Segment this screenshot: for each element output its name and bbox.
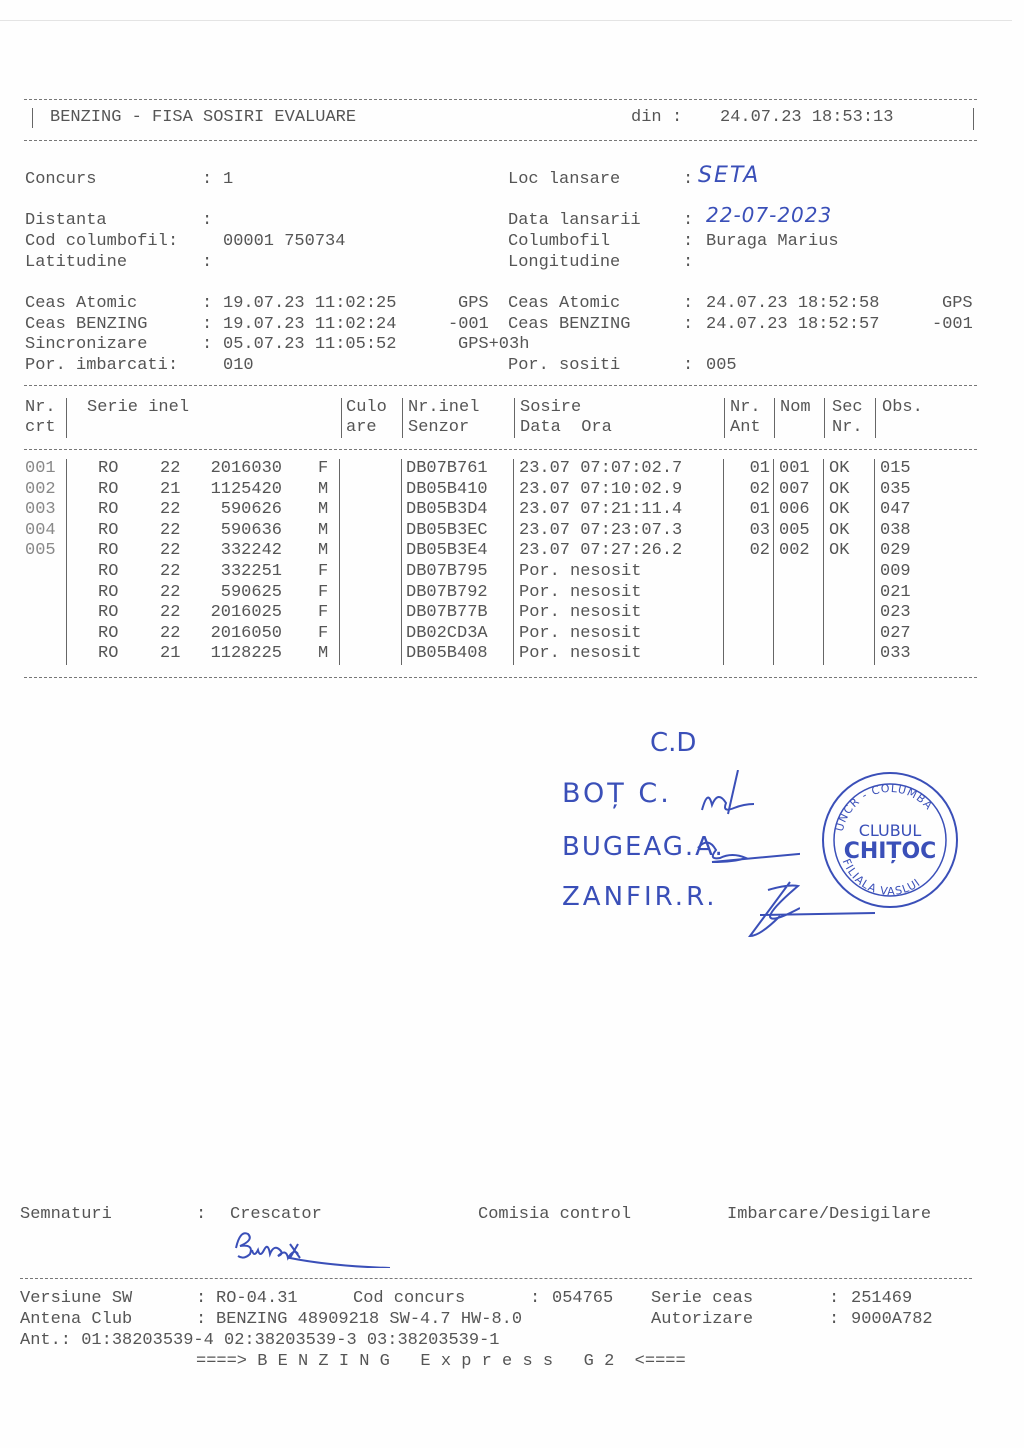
table-row: 005RO22332242MDB05B3E423.07 07:27:26.202… bbox=[0, 541, 1000, 562]
cell-sensor-id: DB05B410 bbox=[406, 480, 510, 501]
cell-antenna: 01 bbox=[728, 500, 770, 521]
cell-country: RO bbox=[98, 624, 128, 645]
cell-country: RO bbox=[98, 562, 128, 583]
cell-sex: M bbox=[318, 500, 332, 521]
cell-sensor-id: DB07B77B bbox=[406, 603, 510, 624]
cell-sec-nr: OK bbox=[829, 480, 871, 501]
sincronizare-label: Sincronizare bbox=[25, 335, 147, 356]
scan-edge-line bbox=[0, 20, 1012, 21]
table-top-divider bbox=[24, 385, 977, 386]
cell-year: 22 bbox=[160, 500, 186, 521]
cell-year: 21 bbox=[160, 644, 186, 665]
porumbei-imbarcati-label: Por. imbarcati bbox=[25, 356, 168, 377]
col-obs-header: Obs. bbox=[882, 398, 923, 419]
cell-country: RO bbox=[98, 480, 128, 501]
cell-sex: F bbox=[318, 624, 332, 645]
cod-columbofil-label: Cod columbofil bbox=[25, 232, 168, 253]
col-sosire-header: Sosire bbox=[520, 398, 581, 419]
data-lansarii-label: Data lansarii bbox=[508, 211, 641, 232]
serie-ceas-value: 251469 bbox=[851, 1289, 912, 1310]
cell-sec-nr: OK bbox=[829, 521, 871, 542]
versiune-sw-label: Versiune SW bbox=[20, 1289, 132, 1310]
cell-nr-crt: 001 bbox=[25, 459, 61, 480]
ceas-benzing-end-suffix: -001 bbox=[932, 315, 973, 336]
cell-nr-crt: 003 bbox=[25, 500, 61, 521]
table-row: RO22332251FDB07B795Por. nesosit009 bbox=[0, 562, 1000, 583]
cell-sec-nr: OK bbox=[829, 500, 871, 521]
table-row: 003RO22590626MDB05B3D423.07 07:21:11.401… bbox=[0, 500, 1000, 521]
cell-country: RO bbox=[98, 583, 128, 604]
col-serie-inel-header: Serie inel bbox=[87, 398, 189, 419]
table-row: RO222016050FDB02CD3APor. nesosit027 bbox=[0, 624, 1000, 645]
loc-lansare-label: Loc lansare bbox=[508, 170, 620, 191]
autorizare-value: 9000A782 bbox=[851, 1310, 933, 1331]
cell-ring-number: 590636 bbox=[190, 521, 282, 542]
concurs-label: Concurs bbox=[25, 170, 96, 191]
cell-ring-number: 1128225 bbox=[190, 644, 282, 665]
cell-arrival-time: 23.07 07:10:02.9 bbox=[519, 480, 719, 501]
longitudine-label: Longitudine bbox=[508, 253, 620, 274]
imbarcare-desigilare-label: Imbarcare/Desigilare bbox=[727, 1205, 931, 1226]
semnaturi-label: Semnaturi bbox=[20, 1205, 112, 1226]
cell-obs: 033 bbox=[880, 644, 922, 665]
cell-nr-crt: 005 bbox=[25, 541, 61, 562]
col-nom-header: Nom bbox=[780, 398, 811, 419]
ceas-atomic-end-label: Ceas Atomic bbox=[508, 294, 620, 315]
cell-sensor-id: DB07B792 bbox=[406, 583, 510, 604]
cell-year: 22 bbox=[160, 583, 186, 604]
col-nr-crt-header: Nr. bbox=[25, 398, 56, 419]
columbofil-value: Buraga Marius bbox=[706, 232, 839, 253]
cell-year: 22 bbox=[160, 624, 186, 645]
table-row: RO22590625FDB07B792Por. nesosit021 bbox=[0, 583, 1000, 604]
cell-obs: 023 bbox=[880, 603, 922, 624]
autorizare-label: Autorizare bbox=[651, 1310, 753, 1331]
cell-nom: 005 bbox=[779, 521, 821, 542]
cell-antenna: 02 bbox=[728, 480, 770, 501]
cell-sensor-id: DB07B795 bbox=[406, 562, 510, 583]
cell-ring-number: 2016050 bbox=[190, 624, 282, 645]
col-culoare-header: Culo bbox=[346, 398, 387, 419]
cell-antenna: 03 bbox=[728, 521, 770, 542]
cell-ring-number: 590625 bbox=[190, 583, 282, 604]
cell-country: RO bbox=[98, 603, 128, 624]
cell-ring-number: 2016025 bbox=[190, 603, 282, 624]
cell-ring-number: 332251 bbox=[190, 562, 282, 583]
cell-obs: 027 bbox=[880, 624, 922, 645]
report-datetime: 24.07.23 18:53:13 bbox=[720, 108, 893, 129]
table-row: 001RO222016030FDB07B76123.07 07:07:02.70… bbox=[0, 459, 1000, 480]
cell-obs: 029 bbox=[880, 541, 922, 562]
cell-year: 22 bbox=[160, 541, 186, 562]
cell-nr-crt: 002 bbox=[25, 480, 61, 501]
cell-country: RO bbox=[98, 644, 128, 665]
col-nr-inel-senzor-header: Nr.inel bbox=[408, 398, 479, 419]
table-row: RO211128225MDB05B408Por. nesosit033 bbox=[0, 644, 1000, 665]
cell-nom: 001 bbox=[779, 459, 821, 480]
brand-line: ====> B E N Z I N G E x p r e s s G 2 <=… bbox=[196, 1352, 686, 1373]
cell-obs: 015 bbox=[880, 459, 922, 480]
cell-nom: 002 bbox=[779, 541, 821, 562]
cell-antenna: 02 bbox=[728, 541, 770, 562]
antena-club-label: Antena Club bbox=[20, 1310, 132, 1331]
ceas-atomic-start-value: 19.07.23 11:02:25 bbox=[223, 294, 396, 315]
cell-obs: 021 bbox=[880, 583, 922, 604]
cell-antenna: 01 bbox=[728, 459, 770, 480]
crescator-label: Crescator bbox=[230, 1205, 322, 1226]
cell-sensor-id: DB05B3E4 bbox=[406, 541, 510, 562]
cell-country: RO bbox=[98, 459, 128, 480]
cell-sensor-id: DB05B408 bbox=[406, 644, 510, 665]
sincronizare-value: 05.07.23 11:05:52 bbox=[223, 335, 396, 356]
cell-ring-number: 2016030 bbox=[190, 459, 282, 480]
header-left-bar bbox=[32, 108, 33, 128]
cell-year: 22 bbox=[160, 562, 186, 583]
cell-sex: F bbox=[318, 562, 332, 583]
cell-sex: M bbox=[318, 644, 332, 665]
loc-lansare-handwritten: SETA bbox=[698, 163, 760, 188]
cell-sensor-id: DB05B3D4 bbox=[406, 500, 510, 521]
svg-text:CLUBUL: CLUBUL bbox=[859, 821, 922, 840]
table-row: 002RO211125420MDB05B41023.07 07:10:02.90… bbox=[0, 480, 1000, 501]
cell-arrival-time: Por. nesosit bbox=[519, 624, 719, 645]
header-right-bar bbox=[973, 108, 974, 130]
cell-obs: 047 bbox=[880, 500, 922, 521]
cell-sec-nr: OK bbox=[829, 459, 871, 480]
cell-year: 21 bbox=[160, 480, 186, 501]
serie-ceas-label: Serie ceas bbox=[651, 1289, 753, 1310]
footer-divider bbox=[20, 1278, 972, 1279]
columbofil-label: Columbofil bbox=[508, 232, 610, 253]
cod-concurs-label: Cod concurs bbox=[353, 1289, 465, 1310]
table-row: RO222016025FDB07B77BPor. nesosit023 bbox=[0, 603, 1000, 624]
table-bottom-divider bbox=[24, 677, 977, 678]
cell-country: RO bbox=[98, 521, 128, 542]
committee-title: C.D bbox=[650, 728, 696, 758]
cell-arrival-time: Por. nesosit bbox=[519, 562, 719, 583]
ceas-benzing-end-label: Ceas BENZING bbox=[508, 315, 630, 336]
antena-club-value: BENZING 48909218 SW-4.7 HW-8.0 bbox=[216, 1310, 522, 1331]
date-label: din bbox=[631, 108, 662, 129]
cell-arrival-time: 23.07 07:21:11.4 bbox=[519, 500, 719, 521]
cod-concurs-value: 054765 bbox=[552, 1289, 613, 1310]
cell-sex: M bbox=[318, 521, 332, 542]
cell-ring-number: 332242 bbox=[190, 541, 282, 562]
col-nr-ant-header: Nr. bbox=[730, 398, 761, 419]
distanta-label: Distanta bbox=[25, 211, 107, 232]
data-lansarii-handwritten: 22-07-2023 bbox=[706, 203, 832, 227]
header-top-divider bbox=[24, 99, 977, 100]
col-sec-nr-header: Sec bbox=[832, 398, 863, 419]
cell-sensor-id: DB05B3EC bbox=[406, 521, 510, 542]
versiune-sw-value: RO-04.31 bbox=[216, 1289, 298, 1310]
cell-obs: 009 bbox=[880, 562, 922, 583]
cell-year: 22 bbox=[160, 521, 186, 542]
cell-arrival-time: Por. nesosit bbox=[519, 583, 719, 604]
committee-member-1: BOȚ C. bbox=[562, 778, 672, 809]
cell-sex: F bbox=[318, 583, 332, 604]
cell-nr-crt: 004 bbox=[25, 521, 61, 542]
svg-text:CHIȚOC: CHIȚOC bbox=[844, 839, 937, 864]
cell-arrival-time: Por. nesosit bbox=[519, 644, 719, 665]
cell-arrival-time: 23.07 07:23:07.3 bbox=[519, 521, 719, 542]
cell-sec-nr: OK bbox=[829, 541, 871, 562]
cell-sex: M bbox=[318, 541, 332, 562]
table-header-divider bbox=[24, 449, 977, 450]
cell-year: 22 bbox=[160, 603, 186, 624]
cell-obs: 035 bbox=[880, 480, 922, 501]
cell-sensor-id: DB07B761 bbox=[406, 459, 510, 480]
ceas-atomic-end-suffix: GPS bbox=[942, 294, 973, 315]
cell-arrival-time: 23.07 07:07:02.7 bbox=[519, 459, 719, 480]
arrival-sheet-page: BENZING - FISA SOSIRI EVALUARE din : 24.… bbox=[0, 0, 1024, 1448]
cell-country: RO bbox=[98, 541, 128, 562]
table-row: 004RO22590636MDB05B3EC23.07 07:23:07.303… bbox=[0, 521, 1000, 542]
cell-arrival-time: Por. nesosit bbox=[519, 603, 719, 624]
ceas-atomic-start-label: Ceas Atomic bbox=[25, 294, 137, 315]
cell-country: RO bbox=[98, 500, 128, 521]
cell-arrival-time: 23.07 07:27:26.2 bbox=[519, 541, 719, 562]
ceas-atomic-start-suffix: GPS bbox=[458, 294, 489, 315]
sincronizare-suffix: GPS+03h bbox=[458, 335, 529, 356]
cell-sex: M bbox=[318, 480, 332, 501]
cell-sex: F bbox=[318, 603, 332, 624]
ceas-benzing-start-suffix: -001 bbox=[448, 315, 489, 336]
ceas-benzing-end-value: 24.07.23 18:52:57 bbox=[706, 315, 879, 336]
antenna-list: Ant.: 01:38203539-4 02:38203539-3 03:382… bbox=[20, 1331, 499, 1352]
cell-obs: 038 bbox=[880, 521, 922, 542]
latitudine-label: Latitudine bbox=[25, 253, 127, 274]
ceas-benzing-start-label: Ceas BENZING bbox=[25, 315, 147, 336]
header-bottom-divider bbox=[24, 140, 977, 141]
document-title: BENZING - FISA SOSIRI EVALUARE bbox=[50, 108, 356, 129]
ceas-benzing-start-value: 19.07.23 11:02:24 bbox=[223, 315, 396, 336]
cell-year: 22 bbox=[160, 459, 186, 480]
cell-nom: 006 bbox=[779, 500, 821, 521]
cell-sex: F bbox=[318, 459, 332, 480]
cell-nom: 007 bbox=[779, 480, 821, 501]
crescator-signature bbox=[230, 1228, 400, 1268]
club-stamp: UNCR - COLUMBA FILIALA VASLUI CLUBUL CHI… bbox=[820, 770, 960, 910]
porumbei-sositi-value: 005 bbox=[706, 356, 737, 377]
comisia-control-label: Comisia control bbox=[478, 1205, 631, 1226]
porumbei-sositi-label: Por. sositi bbox=[508, 356, 620, 377]
ceas-atomic-end-value: 24.07.23 18:52:58 bbox=[706, 294, 879, 315]
concurs-value: 1 bbox=[223, 170, 233, 191]
cod-columbofil-value: 00001 750734 bbox=[223, 232, 345, 253]
porumbei-imbarcati-value: 010 bbox=[223, 356, 254, 377]
cell-ring-number: 1125420 bbox=[190, 480, 282, 501]
cell-ring-number: 590626 bbox=[190, 500, 282, 521]
cell-sensor-id: DB02CD3A bbox=[406, 624, 510, 645]
